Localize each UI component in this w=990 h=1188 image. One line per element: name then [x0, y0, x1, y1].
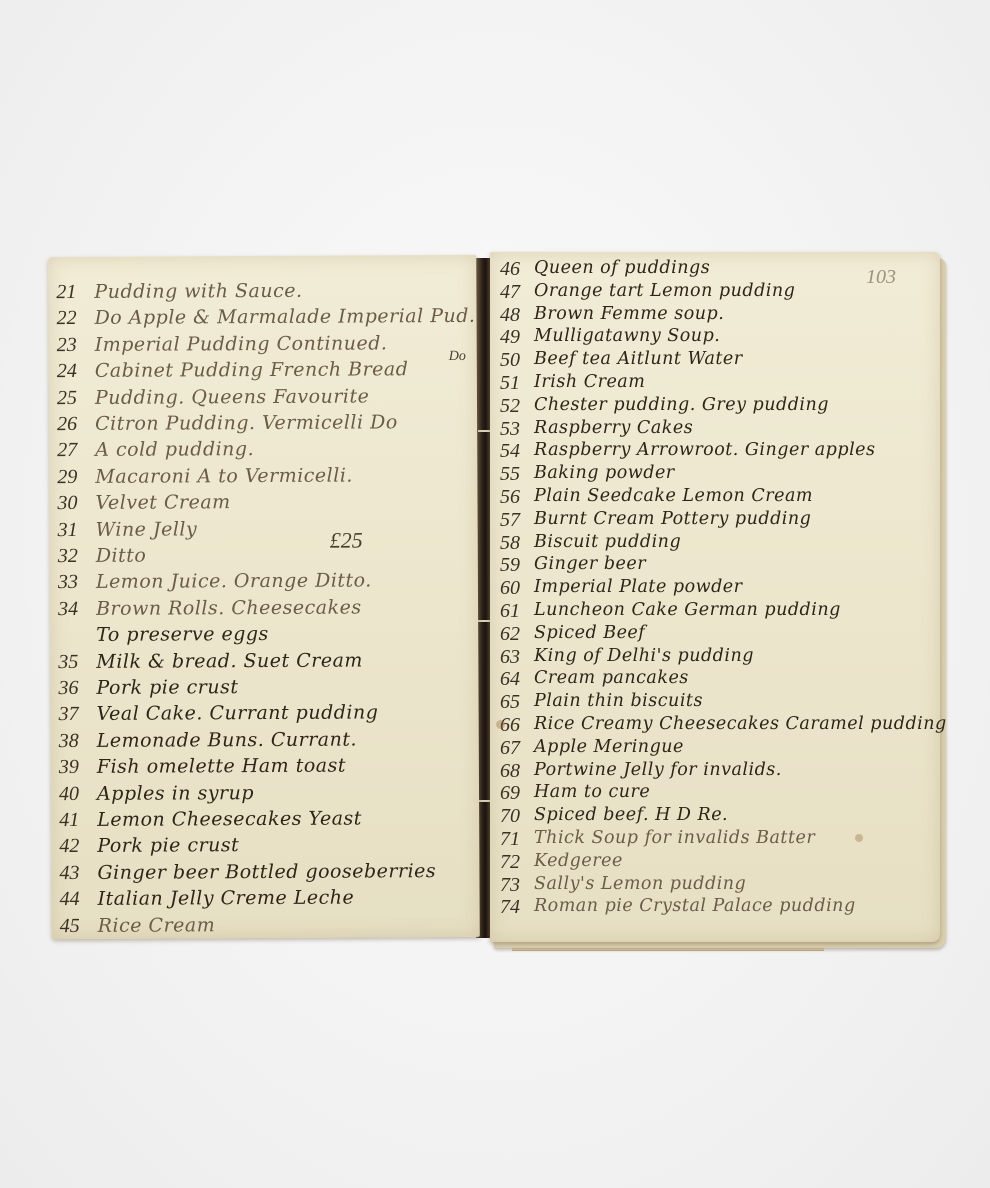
index-entry: 35Milk & bread. Suet Cream: [50, 648, 478, 677]
index-entry: 29Macaroni A to Vermicelli.: [49, 464, 477, 493]
index-entry: 53Raspberry Cakes: [490, 418, 940, 441]
index-entry: 59Ginger beer: [490, 554, 940, 577]
entry-recipe-title: Veal Cake. Currant pudding: [97, 702, 379, 725]
entry-number: 65: [486, 691, 520, 714]
index-entry: 74Roman pie Crystal Palace pudding: [490, 896, 940, 919]
entry-number: 36: [44, 677, 78, 700]
entry-number: 49: [486, 326, 520, 349]
notebook-photo: 21Pudding with Sauce.22Do Apple & Marmal…: [0, 0, 990, 1188]
entry-recipe-title: King of Delhi's pudding: [534, 646, 754, 666]
price-note: £25: [330, 527, 363, 553]
entry-recipe-title: Plain Seedcake Lemon Cream: [534, 486, 813, 506]
entry-recipe-title: Luncheon Cake German pudding: [534, 600, 841, 620]
index-entry: 55Baking powder: [490, 463, 940, 486]
index-entry: 69Ham to cure: [490, 782, 940, 805]
entry-recipe-title: Burnt Cream Pottery pudding: [534, 509, 811, 529]
entry-recipe-title: Queen of puddings: [534, 258, 710, 278]
entry-number: 60: [486, 577, 520, 600]
entry-number: 29: [43, 466, 77, 489]
entry-recipe-title: Milk & bread. Suet Cream: [96, 649, 363, 672]
entry-number: 35: [44, 651, 78, 674]
entry-recipe-title: Ditto: [96, 545, 147, 567]
entry-number: 54: [486, 440, 520, 463]
entry-number: 72: [486, 851, 520, 874]
entry-recipe-title: Biscuit pudding: [534, 532, 681, 552]
ink-stain: [496, 720, 505, 729]
index-entry: 33Lemon Juice. Orange Ditto.: [50, 569, 478, 598]
index-entry: 38Lemonade Buns. Currant.: [51, 728, 479, 757]
entry-recipe-title: Apples in syrup: [97, 782, 254, 805]
entry-recipe-title: Lemon Cheesecakes Yeast: [97, 807, 362, 830]
entry-recipe-title: Fish omelette Ham toast: [97, 755, 346, 778]
entry-recipe-title: Chester pudding. Grey pudding: [534, 395, 829, 415]
index-entry: 32Ditto: [50, 543, 478, 572]
entry-recipe-title: Spiced Beef: [534, 623, 645, 643]
entry-number: 67: [486, 737, 520, 760]
entry-recipe-title: Pork pie crust: [96, 676, 238, 699]
index-entry: 42Pork pie crust: [51, 833, 479, 862]
entry-number: 43: [45, 862, 79, 885]
entry-number: 57: [486, 509, 520, 532]
index-entry: 22Do Apple & Marmalade Imperial Pud.: [48, 305, 476, 334]
entry-recipe-title: Brown Femme soup.: [534, 304, 724, 324]
index-entry: 49Mulligatawny Soup.: [490, 326, 940, 349]
entry-recipe-title: Orange tart Lemon pudding: [534, 281, 795, 301]
entry-number: 21: [42, 281, 76, 304]
entry-number: 38: [45, 730, 79, 753]
index-entry: 64Cream pancakes: [490, 668, 940, 691]
entry-recipe-title: Kedgeree: [534, 851, 623, 871]
index-entry: 31Wine Jelly: [50, 516, 478, 545]
entry-recipe-title: Italian Jelly Creme Leche: [98, 887, 355, 910]
index-entry: 52Chester pudding. Grey pudding: [490, 395, 940, 418]
entry-number: 42: [45, 835, 79, 858]
entry-number: 52: [486, 395, 520, 418]
entry-recipe-title: Portwine Jelly for invalids.: [534, 760, 782, 780]
index-entry: 44Italian Jelly Creme Leche: [52, 886, 480, 915]
entry-recipe-title: Raspberry Cakes: [534, 418, 693, 438]
entry-number: 33: [44, 571, 78, 594]
entry-recipe-title: Raspberry Arrowroot. Ginger apples: [534, 440, 876, 460]
right-page: 46Queen of puddings47Orange tart Lemon p…: [490, 252, 940, 942]
entry-recipe-title: Beef tea Aitlunt Water: [534, 349, 743, 369]
entry-number: 34: [44, 598, 78, 621]
index-entry: 51Irish Cream: [490, 372, 940, 395]
index-entry: 26Citron Pudding. Vermicelli Do: [49, 411, 477, 440]
entry-number: 27: [43, 439, 77, 462]
entry-recipe-title: Do Apple & Marmalade Imperial Pud.: [94, 305, 475, 329]
entry-number: 31: [44, 519, 78, 542]
index-entry: 65Plain thin biscuits: [490, 691, 940, 714]
index-entry: 56Plain Seedcake Lemon Cream: [490, 486, 940, 509]
entry-recipe-title: Citron Pudding. Vermicelli Do: [95, 411, 398, 435]
index-entry: 21Pudding with Sauce.: [48, 279, 476, 308]
index-entry: 25Pudding. Queens Favourite: [49, 384, 477, 413]
entry-recipe-title: Ham to cure: [534, 782, 650, 802]
entry-number: 55: [486, 463, 520, 486]
entry-recipe-title: Thick Soup for invalids Batter: [534, 828, 815, 848]
entry-recipe-title: Imperial Plate powder: [534, 577, 743, 597]
index-entry: 34Brown Rolls. Cheesecakes: [50, 596, 478, 625]
entry-recipe-title: Rice Creamy Cheesecakes Caramel pudding: [534, 714, 947, 734]
entry-number: 51: [486, 372, 520, 395]
entry-recipe-title: A cold pudding.: [95, 438, 254, 461]
entry-recipe-title: Brown Rolls. Cheesecakes: [96, 596, 362, 619]
entry-number: 68: [486, 760, 520, 783]
entry-recipe-title: Cream pancakes: [534, 668, 689, 688]
entry-number: 56: [486, 486, 520, 509]
entry-recipe-title: Pudding. Queens Favourite: [95, 385, 370, 408]
entry-number: 58: [486, 532, 520, 555]
right-page-index-list: 46Queen of puddings47Orange tart Lemon p…: [490, 252, 940, 942]
entry-number: 70: [486, 805, 520, 828]
entry-number: 30: [43, 492, 77, 515]
entry-recipe-title: Velvet Cream: [95, 491, 230, 514]
index-entry: 66Rice Creamy Cheesecakes Caramel puddin…: [490, 714, 940, 737]
index-entry: 67Apple Meringue: [490, 737, 940, 760]
ink-stain: [855, 834, 863, 842]
index-entry: 68Portwine Jelly for invalids.: [490, 760, 940, 783]
entry-number: 25: [43, 387, 77, 410]
entry-recipe-title: Ginger beer: [534, 554, 646, 574]
left-page-index-list: 21Pudding with Sauce.22Do Apple & Marmal…: [48, 255, 480, 939]
entry-recipe-title: Spiced beef. H D Re.: [534, 805, 728, 825]
entry-recipe-title: Ginger beer Bottled gooseberries: [97, 860, 436, 884]
entry-number: 37: [45, 703, 79, 726]
entry-number: 24: [43, 360, 77, 383]
entry-recipe-title: Plain thin biscuits: [534, 691, 703, 711]
index-entry: 37Veal Cake. Currant pudding: [51, 701, 479, 730]
index-entry: 23Imperial Pudding Continued.: [49, 332, 477, 361]
entry-number: 59: [486, 554, 520, 577]
entry-number: 69: [486, 782, 520, 805]
entry-recipe-title: Sally's Lemon pudding: [534, 874, 746, 894]
entry-number: 45: [46, 915, 80, 938]
entry-number: 64: [486, 668, 520, 691]
entry-number: 63: [486, 646, 520, 669]
pencil-page-number: 103: [866, 266, 896, 289]
index-entry: 36Pork pie crust: [50, 675, 478, 704]
entry-number: 62: [486, 623, 520, 646]
index-entry: 71Thick Soup for invalids Batter: [490, 828, 940, 851]
entry-number: 74: [486, 896, 520, 919]
entry-recipe-title: Pork pie crust: [97, 835, 239, 858]
index-entry: 41Lemon Cheesecakes Yeast: [51, 807, 479, 836]
entry-recipe-title: Mulligatawny Soup.: [534, 326, 720, 346]
left-page: 21Pudding with Sauce.22Do Apple & Marmal…: [48, 255, 480, 939]
entry-number: 47: [486, 281, 520, 304]
entry-number: 48: [486, 304, 520, 327]
entry-number: 23: [43, 334, 77, 357]
index-entry: 72Kedgeree: [490, 851, 940, 874]
index-entry: 58Biscuit pudding: [490, 532, 940, 555]
index-entry: 39Fish omelette Ham toast: [51, 754, 479, 783]
entry-recipe-title: Lemonade Buns. Currant.: [97, 728, 357, 751]
index-entry: 70Spiced beef. H D Re.: [490, 805, 940, 828]
entry-number: 39: [45, 756, 79, 779]
entry-number: 41: [45, 809, 79, 832]
ditto-mark: Do: [449, 349, 466, 365]
index-entry: 61Luncheon Cake German pudding: [490, 600, 940, 623]
index-entry: 73Sally's Lemon pudding: [490, 874, 940, 897]
entry-recipe-title: Irish Cream: [534, 372, 645, 392]
entry-number: 40: [45, 783, 79, 806]
entry-number: 50: [486, 349, 520, 372]
index-entry: 30Velvet Cream: [49, 490, 477, 519]
entry-number: 22: [42, 307, 76, 330]
entry-number: 61: [486, 600, 520, 623]
entry-recipe-title: Rice Cream: [98, 914, 216, 937]
entry-recipe-title: Cabinet Pudding French Bread: [95, 358, 409, 382]
index-entry: 57Burnt Cream Pottery pudding: [490, 509, 940, 532]
index-entry: 62Spiced Beef: [490, 623, 940, 646]
entry-recipe-title: Apple Meringue: [534, 737, 684, 757]
index-entry: 45Rice Cream: [52, 912, 480, 941]
entry-recipe-title: Lemon Juice. Orange Ditto.: [96, 570, 372, 593]
index-entry: 24Cabinet Pudding French Bread: [49, 358, 477, 387]
entry-number: 46: [486, 258, 520, 281]
entry-number: 53: [486, 418, 520, 441]
index-entry: 54Raspberry Arrowroot. Ginger apples: [490, 440, 940, 463]
entry-recipe-title: Pudding with Sauce.: [94, 280, 302, 303]
entry-recipe-title: Roman pie Crystal Palace pudding: [534, 896, 856, 916]
index-entry: 50Beef tea Aitlunt Water: [490, 349, 940, 372]
index-entry: 27A cold pudding.: [49, 437, 477, 466]
entry-recipe-title: To preserve eggs: [96, 623, 269, 646]
index-entry: 60Imperial Plate powder: [490, 577, 940, 600]
entry-recipe-title: Macaroni A to Vermicelli.: [95, 464, 353, 487]
index-entry: To preserve eggs: [50, 622, 478, 651]
entry-number: 26: [43, 413, 77, 436]
entry-number: 73: [486, 874, 520, 897]
index-entry: 40Apples in syrup: [51, 780, 479, 809]
entry-number: 71: [486, 828, 520, 851]
entry-recipe-title: Imperial Pudding Continued.: [95, 332, 388, 356]
entry-number: 32: [44, 545, 78, 568]
index-entry: 63King of Delhi's pudding: [490, 646, 940, 669]
entry-recipe-title: Baking powder: [534, 463, 675, 483]
entry-recipe-title: Wine Jelly: [96, 518, 198, 541]
index-entry: 43Ginger beer Bottled gooseberries: [51, 860, 479, 889]
entry-number: 44: [46, 888, 80, 911]
index-entry: 48Brown Femme soup.: [490, 304, 940, 327]
